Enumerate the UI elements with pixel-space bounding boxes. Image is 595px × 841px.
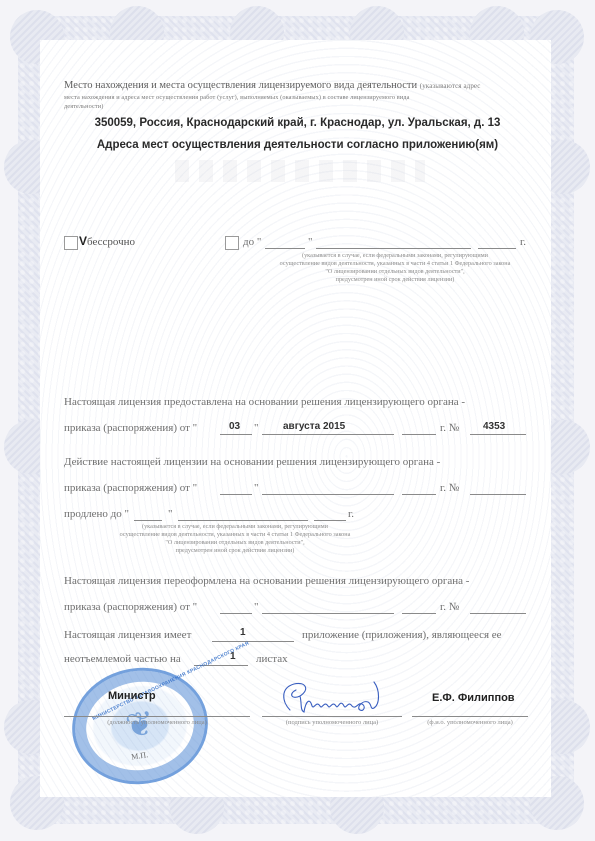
position-line (64, 716, 250, 717)
signatory-position: Министр (108, 690, 156, 702)
reissued-month-field[interactable] (262, 613, 394, 614)
location-hint-line3: деятельности) (64, 103, 103, 110)
location-hint: (указываются адрес (420, 82, 481, 90)
appendix-sheets-suffix: листах (256, 653, 288, 665)
reissued-order-label: приказа (распоряжения) от " (64, 601, 197, 613)
unlimited-checkbox[interactable] (64, 236, 78, 250)
granted-line: Настоящая лицензия предоставлена на осно… (64, 396, 465, 408)
extended-note-line: осуществление видов деятельности, указан… (100, 531, 370, 539)
granted-number: 4353 (483, 421, 505, 432)
reissued-number-label: г. № (440, 601, 459, 613)
granted-quote: " (254, 422, 259, 434)
appendix-count: 1 (240, 627, 246, 638)
extended-until-suffix: г. (348, 508, 354, 520)
extended-day-field[interactable] (220, 494, 252, 495)
granted-year-line (402, 434, 436, 435)
reissued-day-field[interactable] (220, 613, 252, 614)
until-day-field[interactable] (265, 248, 305, 249)
appendix-sheets-prefix: неотъемлемой частью на (64, 653, 181, 665)
extended-until-prefix: продлено до " (64, 508, 129, 520)
extended-note: (указывается в случае, если федеральными… (100, 523, 370, 555)
name-caption: (ф.и.о. уполномоченного лица) (412, 719, 528, 727)
reissued-quote: " (254, 601, 259, 613)
term-note: (указывается в случае, если федеральными… (260, 252, 530, 284)
granted-month-line (262, 434, 394, 435)
term-note-line: предусмотрен иной срок действия лицензии… (260, 276, 530, 284)
extended-year-field[interactable] (402, 494, 436, 495)
extended-note-line: "О лицензировании отдельных видов деятел… (100, 539, 370, 547)
until-checkbox[interactable] (225, 236, 239, 250)
reissued-number-field[interactable] (470, 613, 526, 614)
location-hint-line2: места нахождения и адреса мест осуществл… (64, 94, 409, 101)
extended-number-field[interactable] (470, 494, 526, 495)
extended-line: Действие настоящей лицензии на основании… (64, 456, 440, 468)
until-quote: " (308, 236, 313, 248)
extended-note-line: предусмотрен иной срок действия лицензии… (100, 547, 370, 555)
check-mark-icon: V (79, 234, 87, 248)
unlimited-label: бессрочно (87, 236, 135, 248)
extended-until-quote: " (168, 508, 173, 520)
until-suffix: г. (520, 236, 526, 248)
location-label: Место нахождения и места осуществления л… (64, 80, 417, 91)
extended-order-label: приказа (распоряжения) от " (64, 482, 197, 494)
granted-month-year: августа 2015 (283, 421, 345, 432)
until-month-field[interactable] (316, 248, 471, 249)
reissued-line: Настоящая лицензия переоформлена на осно… (64, 575, 469, 587)
granted-number-line (470, 434, 526, 435)
appendix-prefix: Настоящая лицензия имеет (64, 629, 191, 641)
extended-note-line: (указывается в случае, если федеральными… (100, 523, 370, 531)
extended-until-month[interactable] (178, 520, 308, 521)
reissued-year-field[interactable] (402, 613, 436, 614)
appendix-middle: приложение (приложения), являющееся ее (302, 629, 502, 641)
handwritten-signature (276, 680, 396, 716)
granted-order-label: приказа (распоряжения) от " (64, 422, 197, 434)
granted-number-label: г. № (440, 422, 459, 434)
location-heading: Место нахождения и места осуществления л… (64, 80, 481, 91)
term-note-line: "О лицензировании отдельных видов деятел… (260, 268, 530, 276)
position-caption: (должность уполномоченного лица) (64, 719, 250, 727)
signature-line (262, 716, 402, 717)
until-year-field[interactable] (478, 248, 516, 249)
signatory-name: Е.Ф. Филиппов (432, 692, 515, 704)
granted-day-line (220, 434, 252, 435)
watermark (175, 160, 425, 182)
appendix-count-line (212, 641, 294, 642)
term-note-line: осуществление видов деятельности, указан… (260, 260, 530, 268)
signature-caption: (подпись уполномоченного лица) (262, 719, 402, 727)
addresses-note: Адреса мест осуществления деятельности с… (0, 139, 595, 151)
extended-number-label: г. № (440, 482, 459, 494)
stamp-mark: М.П. (131, 750, 149, 761)
address: 350059, Россия, Краснодарский край, г. К… (0, 117, 595, 129)
extended-month-field[interactable] (262, 494, 394, 495)
until-prefix: до " (243, 236, 261, 248)
term-note-line: (указывается в случае, если федеральными… (260, 252, 530, 260)
granted-day: 03 (229, 421, 240, 432)
extended-until-day[interactable] (134, 520, 162, 521)
name-line (412, 716, 528, 717)
extended-until-year[interactable] (314, 520, 346, 521)
extended-quote: " (254, 482, 259, 494)
